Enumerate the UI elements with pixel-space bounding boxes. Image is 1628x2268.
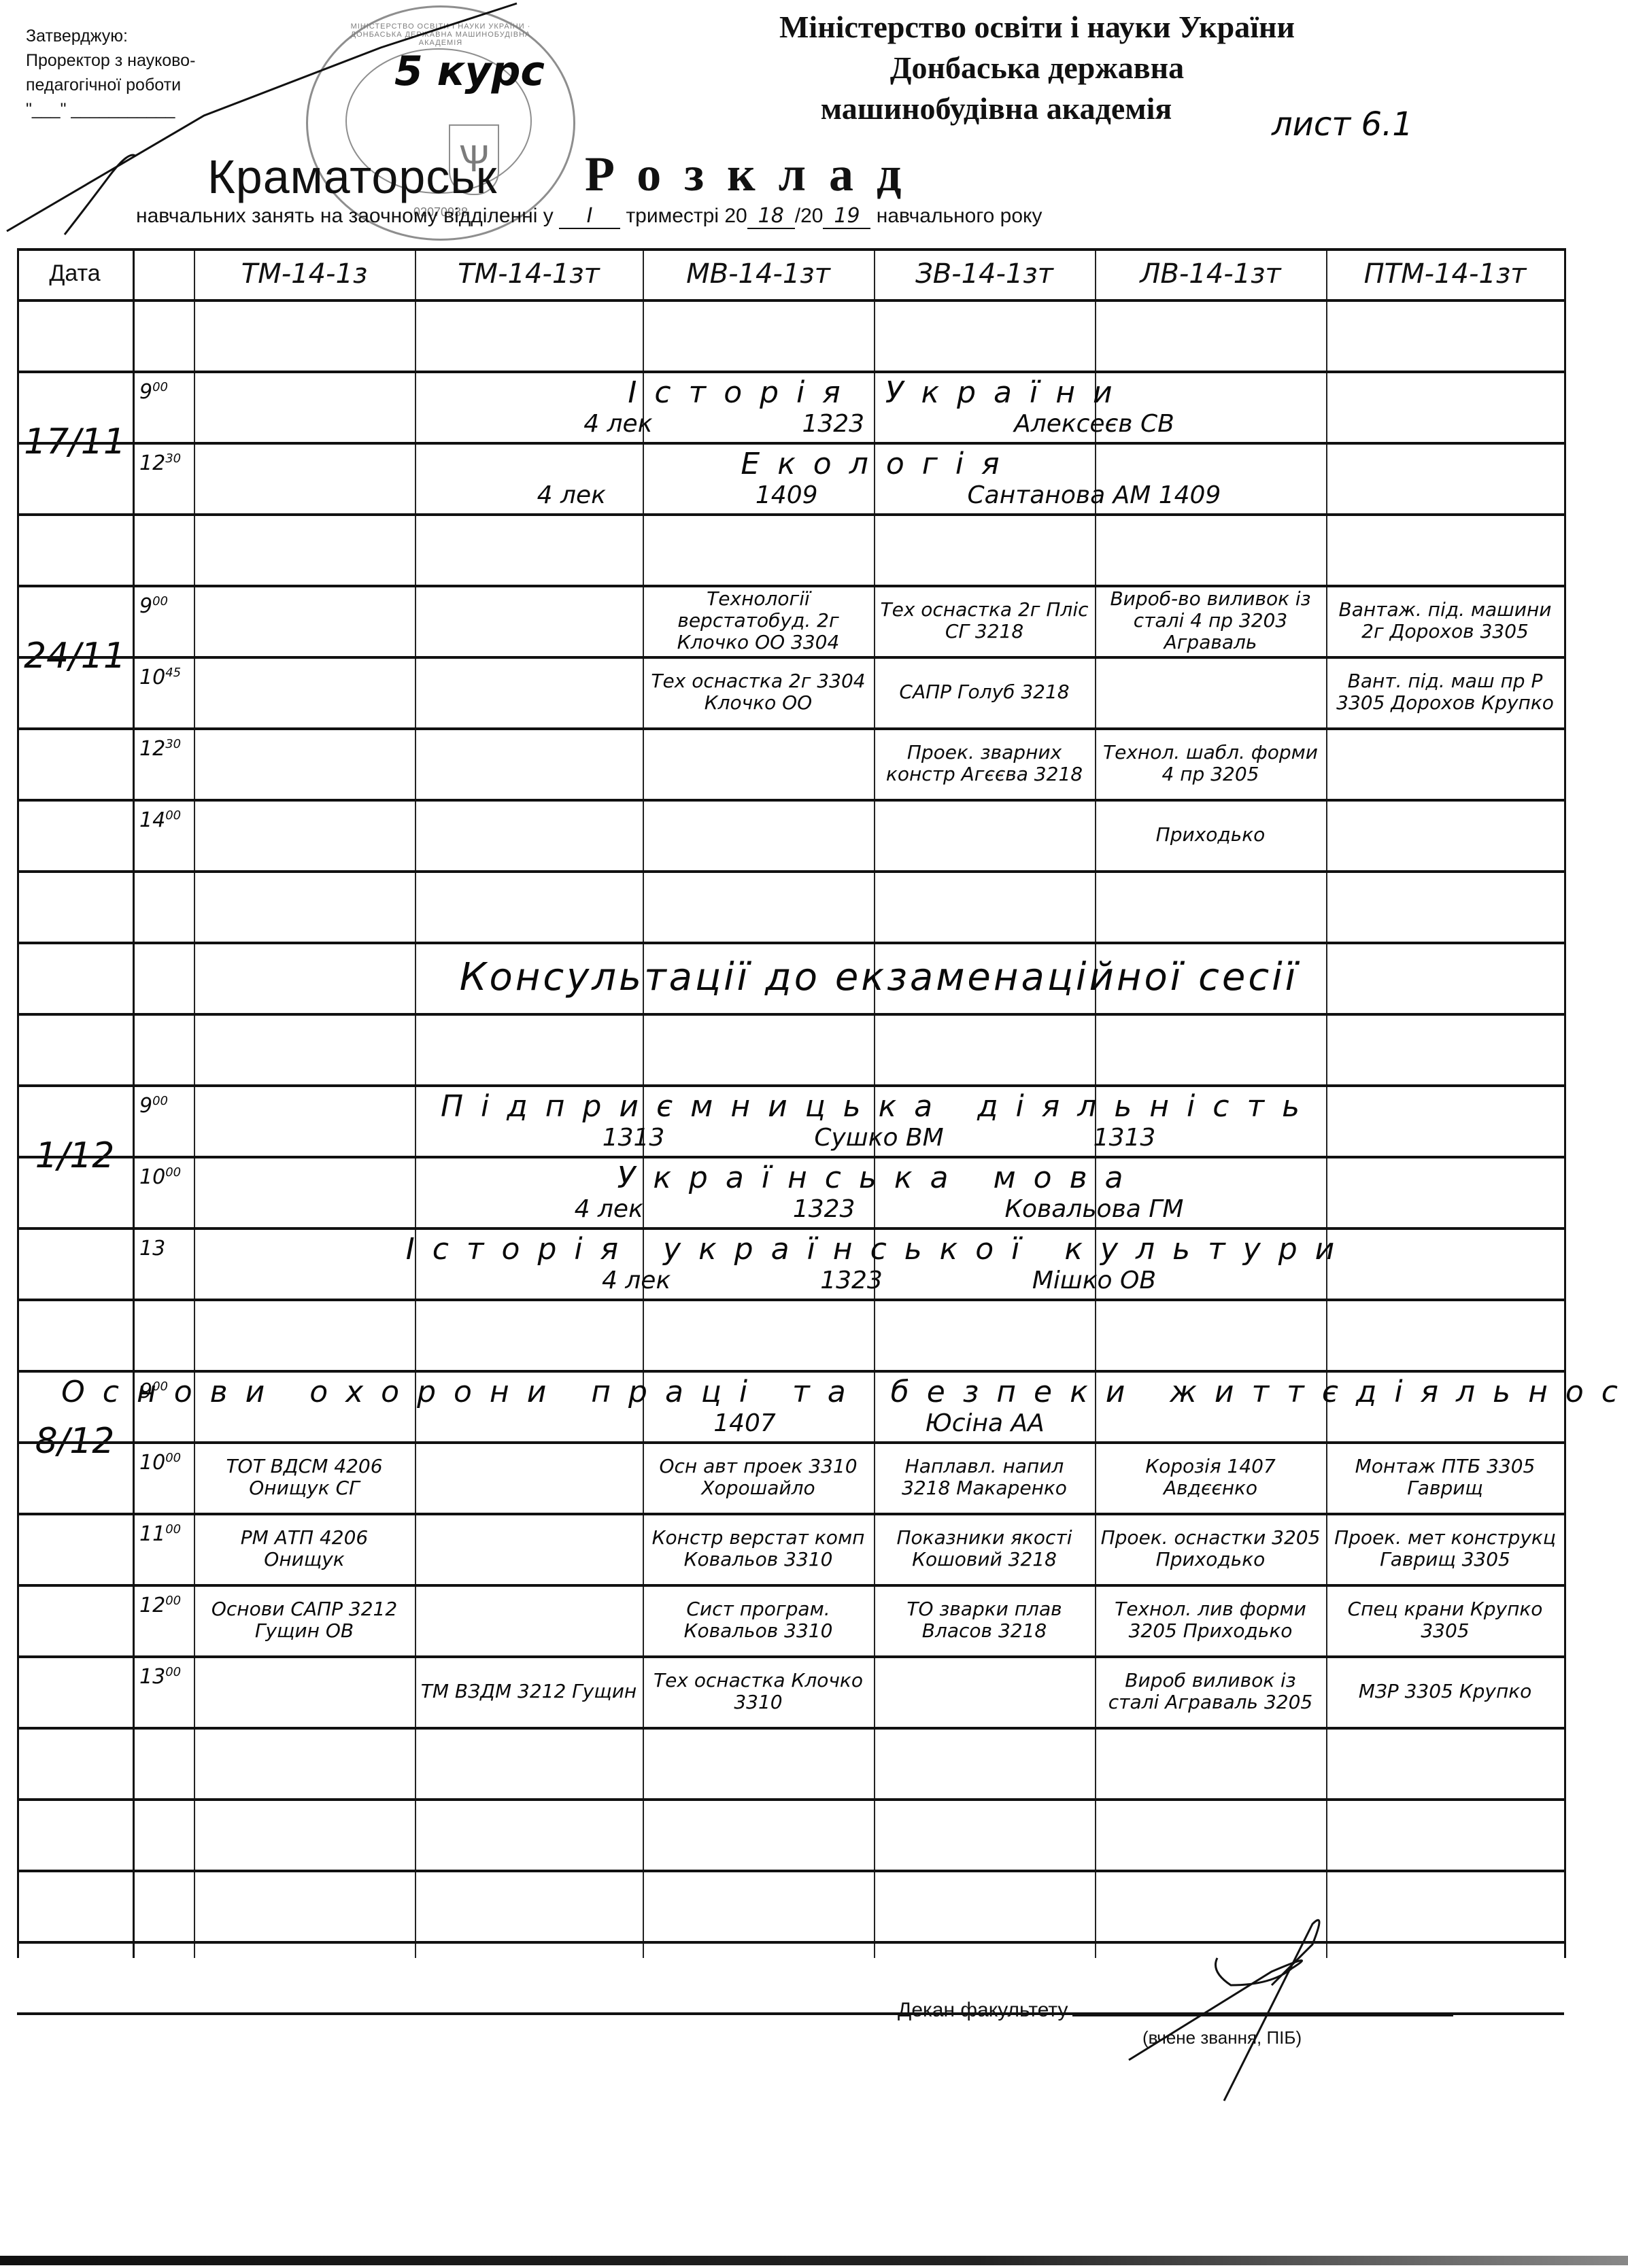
time-hour: 13 [139, 1237, 165, 1260]
time-minutes: 00 [152, 1094, 168, 1108]
column-header-group: ПТМ-14-1зт [1326, 248, 1564, 299]
spanning-subject-cell: Екологія4 лек1409Сантанова АМ 1409 [194, 442, 1564, 513]
lesson-cell: Монтаж ПТБ 3305 Гаврищ [1330, 1441, 1560, 1513]
year2-field: 19 [823, 204, 870, 229]
subject-detail-item: 1323 [820, 1267, 883, 1294]
subject-detail-item: Ковальова ГМ [1004, 1195, 1183, 1223]
spanning-subject-cell: Основи охорони праці та безпеки життєдія… [194, 1370, 1564, 1441]
lesson-cell: Корозія 1407 Авдєєнко [1099, 1441, 1322, 1513]
lesson-cell [419, 799, 639, 870]
subject-details: 1313Сушко ВМ1313 [603, 1124, 1156, 1152]
time-hour: 9 [139, 1094, 152, 1118]
time-minutes: 00 [165, 808, 181, 823]
lesson-cell: Тех оснастка 2г Пліс СГ 3218 [878, 585, 1091, 656]
subject-name: Основи охорони праці та безпеки життєдія… [61, 1375, 1628, 1409]
spanning-subject-cell: Історія української культури4 лек1323Міш… [194, 1227, 1564, 1299]
consultation-banner: Консультації до екзаменаційної сесії [194, 942, 1564, 1013]
lesson-cell: Основи САПР 3212 Гущин ОВ [198, 1584, 411, 1655]
time-minutes: 30 [165, 737, 181, 751]
lesson-cell: Технол. шабл. форми 4 пр 3205 [1099, 727, 1322, 799]
time-cell: 900 [133, 1084, 201, 1165]
table-column-divider [1564, 248, 1566, 1958]
scan-edge [0, 2256, 1628, 2265]
time-minutes: 00 [152, 380, 168, 394]
subject-detail-item: 1323 [793, 1195, 855, 1223]
time-cell: 1200 [133, 1584, 201, 1665]
spanning-subject-cell: Історія України4 лек1323Алексеєв СВ [194, 371, 1564, 442]
column-header-date: Дата [17, 248, 133, 299]
subject-detail-item: 4 лек [583, 410, 652, 438]
subject-details: 4 лек1323Ковальова ГМ [575, 1195, 1184, 1223]
lesson-cell [878, 1655, 1091, 1727]
lesson-cell [647, 799, 870, 870]
approval-line-1: Затверджую: [26, 24, 195, 48]
subject-name: Екологія [741, 447, 1017, 481]
lesson-cell: Проек. оснастки 3205 Приходько [1099, 1513, 1322, 1584]
time-cell: 1230 [133, 727, 201, 808]
subject-detail-item: Алексеєв СВ [1014, 410, 1174, 438]
time-hour: 13 [139, 1665, 165, 1689]
lesson-cell [419, 1513, 639, 1584]
lesson-cell: Вантаж. під. машини 2г Дорохов 3305 [1330, 585, 1560, 656]
lesson-cell: Констр верстат комп Ковальов 3310 [647, 1513, 870, 1584]
time-minutes: 00 [165, 1451, 181, 1465]
trimester-field: I [559, 204, 620, 229]
subject-detail-item: 1323 [802, 410, 864, 438]
signature-field [1072, 2014, 1453, 2016]
lesson-cell [1099, 656, 1322, 727]
ministry-line-3: машинобудівна академія [666, 88, 1326, 129]
spanning-subject-cell: Українська мова4 лек1323Ковальова ГМ [194, 1156, 1564, 1227]
column-header-group: ЛВ-14-1зт [1095, 248, 1326, 299]
lesson-cell: Тех оснастка Клочко 3310 [647, 1655, 870, 1727]
time-cell: 1230 [133, 442, 201, 523]
table-row-divider [17, 1941, 1564, 1944]
time-hour: 9 [139, 594, 152, 618]
lesson-cell: ТО зварки плав Власов 3218 [878, 1584, 1091, 1655]
lesson-cell [198, 1655, 411, 1727]
signature-note: (вчене звання, ПІБ) [1142, 2027, 1302, 2048]
time-cell: 13 [133, 1227, 201, 1308]
time-minutes: 00 [165, 1522, 181, 1536]
ministry-header: Міністерство освіти і науки України Донб… [748, 7, 1326, 129]
time-cell: 1300 [133, 1655, 201, 1736]
city-label: Краматорськ [207, 150, 497, 204]
time-cell: 1100 [133, 1513, 201, 1594]
time-cell: 1000 [133, 1156, 201, 1237]
ministry-line-2: Донбаська державна [748, 48, 1326, 88]
approval-line-3: педагогічної роботи [26, 73, 195, 97]
table-row-divider [17, 1870, 1564, 1872]
lesson-cell [419, 1441, 639, 1513]
time-cell: 900 [133, 585, 201, 666]
time-cell: 1045 [133, 656, 201, 737]
lesson-cell: Вироб-во виливок із сталі 4 пр 3203 Агра… [1099, 585, 1322, 656]
schedule-table: ДатаТМ-14-1зТМ-14-1зтМВ-14-1зтЗВ-14-1зтЛ… [17, 248, 1564, 1958]
time-minutes: 45 [165, 666, 181, 680]
time-hour: 12 [139, 451, 165, 475]
time-hour: 9 [139, 380, 152, 404]
time-hour: 11 [139, 1522, 165, 1546]
lesson-cell [878, 799, 1091, 870]
lesson-cell: ТОТ ВДСМ 4206 Онищук СГ [198, 1441, 411, 1513]
column-header-group: ЗВ-14-1зт [874, 248, 1095, 299]
lesson-cell [419, 727, 639, 799]
lesson-cell: Приходько [1099, 799, 1322, 870]
column-header-group: ТМ-14-1зт [415, 248, 643, 299]
lesson-cell [198, 727, 411, 799]
lesson-cell [1330, 799, 1560, 870]
lesson-cell: Тех оснастка 2г 3304 Клочко ОО [647, 656, 870, 727]
subject-details: 4 лек1323Алексеєв СВ [583, 410, 1174, 438]
time-minutes: 00 [152, 594, 168, 608]
lesson-cell: Сист програм. Ковальов 3310 [647, 1584, 870, 1655]
subject-detail-item: 4 лек [537, 481, 606, 509]
subject-name: Історія української культури [406, 1232, 1353, 1267]
lesson-cell [419, 656, 639, 727]
sheet-label: лист 6.1 [1272, 105, 1413, 143]
subject-detail-item: Мішко ОВ [1032, 1267, 1156, 1294]
document-title: Розклад [585, 146, 924, 203]
subtitle-mid: триместрі 20 [626, 205, 747, 227]
subject-detail-item: 4 лек [602, 1267, 671, 1294]
lesson-cell [647, 727, 870, 799]
spanning-subject-cell: Підприємницька діяльність1313Сушко ВМ131… [194, 1084, 1564, 1156]
time-hour: 14 [139, 808, 165, 832]
time-cell: 1000 [133, 1441, 201, 1522]
subject-details: 4 лек1409Сантанова АМ 1409 [537, 481, 1221, 509]
lesson-cell: РМ АТП 4206 Онищук [198, 1513, 411, 1584]
subject-detail-item: 1407 [713, 1409, 776, 1437]
subject-details: 4 лек1323Мішко ОВ [602, 1267, 1156, 1294]
lesson-cell: Вант. під. маш пр Р 3305 Дорохов Крупко [1330, 656, 1560, 727]
lesson-cell: Технол. лив форми 3205 Приходько [1099, 1584, 1322, 1655]
table-row-divider [17, 870, 1564, 873]
time-minutes: 30 [165, 451, 181, 466]
subject-name: Українська мова [617, 1161, 1141, 1195]
time-hour: 10 [139, 1451, 165, 1475]
lesson-cell [198, 656, 411, 727]
approval-line-2: Проректор з науково- [26, 48, 195, 73]
subtitle-suffix: навчального року [877, 205, 1042, 227]
subject-detail-item: 1313 [603, 1124, 665, 1152]
lesson-cell: САПР Голуб 3218 [878, 656, 1091, 727]
table-row-divider [17, 299, 1564, 302]
subject-name: Історія України [628, 375, 1130, 410]
ministry-line-1: Міністерство освіти і науки України [748, 7, 1326, 48]
year1-field: 18 [747, 204, 795, 229]
time-hour: 12 [139, 737, 165, 761]
document-subtitle: навчальних занять на заочному відділенні… [136, 204, 1042, 229]
lesson-cell: Показники якості Кошовий 3218 [878, 1513, 1091, 1584]
subject-detail-item: 4 лек [575, 1195, 643, 1223]
subject-detail-item: 1409 [756, 481, 818, 509]
time-minutes: 00 [165, 1665, 181, 1679]
lesson-cell: Спец крани Крупко 3305 [1330, 1584, 1560, 1655]
time-cell: 1400 [133, 799, 201, 880]
lesson-cell [419, 1584, 639, 1655]
time-hour: 10 [139, 1165, 165, 1189]
table-row-divider [17, 1727, 1564, 1730]
table-row-divider [17, 513, 1564, 516]
column-header-group: ТМ-14-1з [194, 248, 415, 299]
lesson-cell [198, 585, 411, 656]
time-hour: 10 [139, 666, 165, 689]
time-cell: 900 [133, 371, 201, 451]
lesson-cell [1330, 727, 1560, 799]
subject-name: Підприємницька діяльність [441, 1089, 1317, 1124]
lesson-cell: Проек. мет конструкц Гаврищ 3305 [1330, 1513, 1560, 1584]
lesson-cell [198, 799, 411, 870]
table-row-divider [17, 1299, 1564, 1301]
subject-detail-item: Юсіна АА [926, 1409, 1045, 1437]
lesson-cell: ТМ ВЗДМ 3212 Гущин [419, 1655, 639, 1727]
lesson-cell: Осн авт проек 3310 Хорошайло [647, 1441, 870, 1513]
subject-detail-item: Сушко ВМ [814, 1124, 943, 1152]
table-row-divider [17, 1013, 1564, 1016]
lesson-cell [419, 585, 639, 656]
subtitle-prefix: навчальних занять на заочному відділенні… [136, 205, 554, 227]
lesson-cell: Проек. зварних констр Агєєва 3218 [878, 727, 1091, 799]
approval-line-4: "___" ___________ [26, 97, 195, 122]
lesson-cell: Технології верстатобуд. 2г Клочко ОО 330… [647, 585, 870, 656]
lesson-cell: Вироб виливок із сталі Аграваль 3205 [1099, 1655, 1322, 1727]
time-minutes: 00 [165, 1165, 181, 1180]
stamp-ring-text: МІНІСТЕРСТВО ОСВІТИ І НАУКИ УКРАЇНИ · ДО… [308, 22, 573, 47]
subtitle-sep: /20 [795, 205, 824, 227]
subject-details: 1407Юсіна АА [713, 1409, 1045, 1437]
dean-label: Декан факультету [898, 1999, 1068, 2021]
subject-detail-item: Сантанова АМ 1409 [968, 481, 1221, 509]
time-minutes: 00 [165, 1594, 181, 1608]
approval-block: Затверджую: Проректор з науково- педагог… [26, 24, 195, 122]
lesson-cell: МЗР 3305 Крупко [1330, 1655, 1560, 1727]
dean-signature-line: Декан факультету [898, 1999, 1453, 2022]
course-label: 5 курс [394, 48, 545, 95]
time-hour: 12 [139, 1594, 165, 1617]
table-row-divider [17, 1798, 1564, 1801]
column-header-group: МВ-14-1зт [643, 248, 874, 299]
subject-detail-item: 1313 [1093, 1124, 1156, 1152]
lesson-cell: Наплавл. напил 3218 Макаренко [878, 1441, 1091, 1513]
